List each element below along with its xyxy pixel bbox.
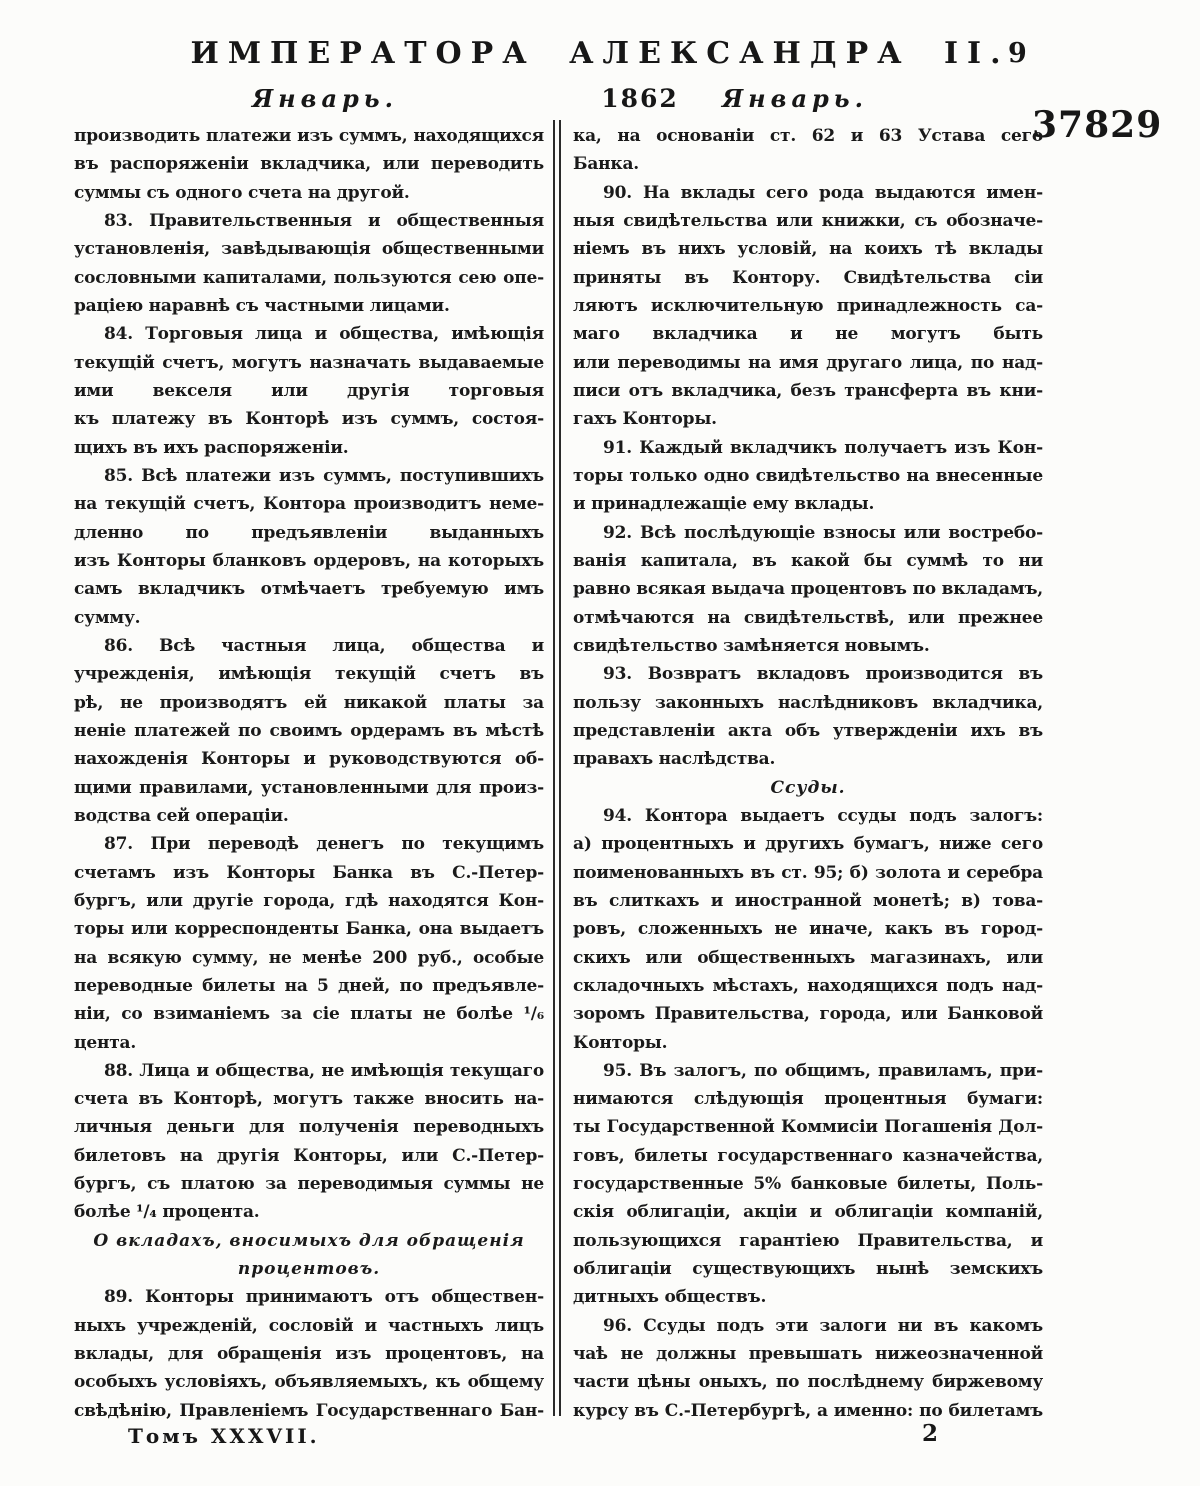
text-line: рѣ, не производятъ ей никакой платы за и… <box>74 689 544 717</box>
text-line: изъ Конторы бланковъ ордеровъ, на которы… <box>74 547 544 575</box>
text-line: представленіи акта объ утвержденіи ихъ в… <box>573 717 1043 745</box>
text-line: переводные билеты на 5 дней, по предъявл… <box>74 972 544 1000</box>
text-line: 86. Всѣ частныя лица, общества и казенны… <box>74 632 544 660</box>
text-line: вклады, для обращенія изъ процентовъ, на <box>74 1340 544 1368</box>
text-line: пользующихся гарантіею Правительства, и <box>573 1227 1043 1255</box>
text-line: части цѣны оныхъ, по послѣднему биржевом… <box>573 1368 1043 1396</box>
dateline: Январь. 1862 Январь. <box>0 84 1200 118</box>
text-line: 93. Возвратъ вкладовъ производится въ <box>573 660 1043 688</box>
text-line: 83. Правительственныя и общественныя <box>74 207 544 235</box>
text-line: 96. Ссуды подъ эти залоги ни въ какомъ с… <box>573 1312 1043 1340</box>
text-line: въ слиткахъ и иностранной монетѣ; в) тов… <box>573 887 1043 915</box>
column-divider-rule <box>553 120 561 1416</box>
footer-volume-label: Томъ XXXVII. <box>128 1424 320 1448</box>
scanned-document-page: ИМПЕРАТОРА АЛЕКСАНДРА II. 9 Январь. 1862… <box>0 0 1200 1486</box>
text-line: 91. Каждый вкладчикъ получаетъ изъ Кон- <box>573 434 1043 462</box>
page-number: 9 <box>1008 38 1027 69</box>
text-line: сословными капиталами, пользуются сею оп… <box>74 264 544 292</box>
text-line: на текущій счетъ, Контора производитъ не… <box>74 490 544 518</box>
text-line: ровъ, сложенныхъ не иначе, какъ въ город… <box>573 915 1043 943</box>
text-line: свѣдѣнію, Правленіемъ Государственнаго Б… <box>74 1397 544 1425</box>
text-line: суммы съ одного счета на другой. <box>74 179 544 207</box>
text-line: 89. Конторы принимаютъ отъ обществен- <box>74 1283 544 1311</box>
text-line: 95. Въ залогъ, по общимъ, правиламъ, при… <box>573 1057 1043 1085</box>
text-line: маго вкладчика и не могутъ быть передава… <box>573 320 1043 348</box>
text-line: свидѣтельство замѣняется новымъ. <box>573 632 1043 660</box>
text-line: личныя деньги для полученія переводныхъ <box>74 1113 544 1141</box>
text-line: гахъ Конторы. <box>573 405 1043 433</box>
text-line: скія облигаціи, акціи и облигаціи компан… <box>573 1198 1043 1226</box>
text-line: сумму. <box>74 604 544 632</box>
text-line: къ платежу въ Конторѣ изъ суммъ, состоя- <box>74 405 544 433</box>
text-line: текущій счетъ, могутъ назначать выдаваем… <box>74 349 544 377</box>
text-line: установленія, завѣдывающія общественными… <box>74 235 544 263</box>
text-line: 94. Контора выдаетъ ссуды подъ залогъ: <box>573 802 1043 830</box>
text-line: равно всякая выдача процентовъ по вклада… <box>573 575 1043 603</box>
text-line: учрежденія, имѣющія текущій счетъ въ Кон… <box>74 660 544 688</box>
text-line: счетамъ изъ Конторы Банка въ С.-Петер- <box>74 859 544 887</box>
text-line: торы или корреспонденты Банка, она выдае… <box>74 915 544 943</box>
text-line: О вкладахъ, вносимыхъ для обращенія изъ <box>74 1227 544 1255</box>
text-line: а) процентныхъ и другихъ бумагъ, ниже се… <box>573 830 1043 858</box>
text-line: ими векселя или другія торговыя обязател… <box>74 377 544 405</box>
text-line: чаѣ не должны превышать нижеозначенной <box>573 1340 1043 1368</box>
text-line: раціею наравнѣ съ частными лицами. <box>74 292 544 320</box>
text-line: или переводимы на имя другаго лица, по н… <box>573 349 1043 377</box>
text-line: щихъ въ ихъ распоряженіи. <box>74 434 544 462</box>
text-line: на всякую сумму, не менѣе 200 руб., особ… <box>74 944 544 972</box>
text-line: бургъ, съ платою за переводимыя суммы не <box>74 1170 544 1198</box>
text-line: Банка. <box>573 150 1043 178</box>
text-line: облигаціи существующихъ нынѣ земскихъ кр… <box>573 1255 1043 1283</box>
text-line: ты Государственной Коммисіи Погашенія До… <box>573 1113 1043 1141</box>
text-line: производить платежи изъ суммъ, находящих… <box>74 122 544 150</box>
text-line: приняты въ Контору. Свидѣтельства сіи со… <box>573 264 1043 292</box>
text-line: государственные 5% банковые билеты, Поль… <box>573 1170 1043 1198</box>
text-line: складочныхъ мѣстахъ, находящихся подъ на… <box>573 972 1043 1000</box>
text-line: самъ вкладчикъ отмѣчаетъ требуемую имъ <box>74 575 544 603</box>
text-line: 84. Торговыя лица и общества, имѣющія <box>74 320 544 348</box>
text-line: счета въ Конторѣ, могутъ также вносить н… <box>74 1085 544 1113</box>
text-line: ныхъ учрежденій, сословій и частныхъ лиц… <box>74 1312 544 1340</box>
text-line: бургъ, или другіе города, гдѣ находятся … <box>74 887 544 915</box>
text-line: поименованныхъ въ ст. 95; б) золота и се… <box>573 859 1043 887</box>
year-label: 1862 <box>560 84 720 113</box>
right-column: ка, на основаніи ст. 62 и 63 Устава сего… <box>573 122 1043 1425</box>
text-line: правахъ наслѣдства. <box>573 745 1043 773</box>
text-line: ляютъ исключительную принадлежность са- <box>573 292 1043 320</box>
text-line: зоромъ Правительства, города, или Банков… <box>573 1000 1043 1028</box>
text-line: билетовъ на другія Конторы, или С.-Петер… <box>74 1142 544 1170</box>
text-line: ныя свидѣтельства или книжки, съ обознач… <box>573 207 1043 235</box>
text-line: ка, на основаніи ст. 62 и 63 Устава сего <box>573 122 1043 150</box>
text-line: неніе платежей по своимъ ордерамъ въ мѣс… <box>74 717 544 745</box>
footer-sheet-number: 2 <box>922 1420 938 1447</box>
month-label-left: Январь. <box>250 84 400 113</box>
text-line: 90. На вклады сего рода выдаются имен- <box>573 179 1043 207</box>
text-line: щими правилами, установленными для произ… <box>74 774 544 802</box>
text-line: 87. При переводѣ денегъ по текущимъ <box>74 830 544 858</box>
text-line: дленно по предъявленіи выданныхъ вкладчи… <box>74 519 544 547</box>
text-line: 92. Всѣ послѣдующіе взносы или востребо- <box>573 519 1043 547</box>
text-line: пользу законныхъ наслѣдниковъ вкладчика,… <box>573 689 1043 717</box>
text-line: и принадлежащіе ему вклады. <box>573 490 1043 518</box>
text-line: болѣе ¹/₄ процента. <box>74 1198 544 1226</box>
left-column: производить платежи изъ суммъ, находящих… <box>74 122 544 1425</box>
text-line: особыхъ условіяхъ, объявляемыхъ, къ обще… <box>74 1368 544 1396</box>
text-line: нахожденія Конторы и руководствуются об- <box>74 745 544 773</box>
statute-number: 37829 <box>1032 104 1162 146</box>
text-line: ніемъ въ нихъ условій, на коихъ тѣ вклад… <box>573 235 1043 263</box>
text-line: въ распоряженіи вкладчика, или переводит… <box>74 150 544 178</box>
text-line: нимаются слѣдующія процентныя бумаги: би… <box>573 1085 1043 1113</box>
text-line: писи отъ вкладчика, безъ трансферта въ к… <box>573 377 1043 405</box>
text-line: водства сей операціи. <box>74 802 544 830</box>
text-line: цента. <box>74 1029 544 1057</box>
text-line: курсу въ С.-Петербургѣ, а именно: по бил… <box>573 1397 1043 1425</box>
text-line: ванія капитала, въ какой бы суммѣ то ни … <box>573 547 1043 575</box>
text-line: Конторы. <box>573 1029 1043 1057</box>
text-line: торы только одно свидѣтельство на внесен… <box>573 462 1043 490</box>
text-line: дитныхъ обществъ. <box>573 1283 1043 1311</box>
text-line: говъ, билеты государственнаго казначейст… <box>573 1142 1043 1170</box>
text-line: процентовъ. <box>74 1255 544 1283</box>
month-label-right: Январь. <box>715 84 875 113</box>
text-line: Ссуды. <box>573 774 1043 802</box>
text-line: отмѣчаются на свидѣтельствѣ, или прежнее <box>573 604 1043 632</box>
text-line: 85. Всѣ платежи изъ суммъ, поступившихъ <box>74 462 544 490</box>
text-line: ніи, со взиманіемъ за сіе платы не болѣе… <box>74 1000 544 1028</box>
text-line: скихъ или общественныхъ магазинахъ, или <box>573 944 1043 972</box>
text-line: 88. Лица и общества, не имѣющія текущаго <box>74 1057 544 1085</box>
